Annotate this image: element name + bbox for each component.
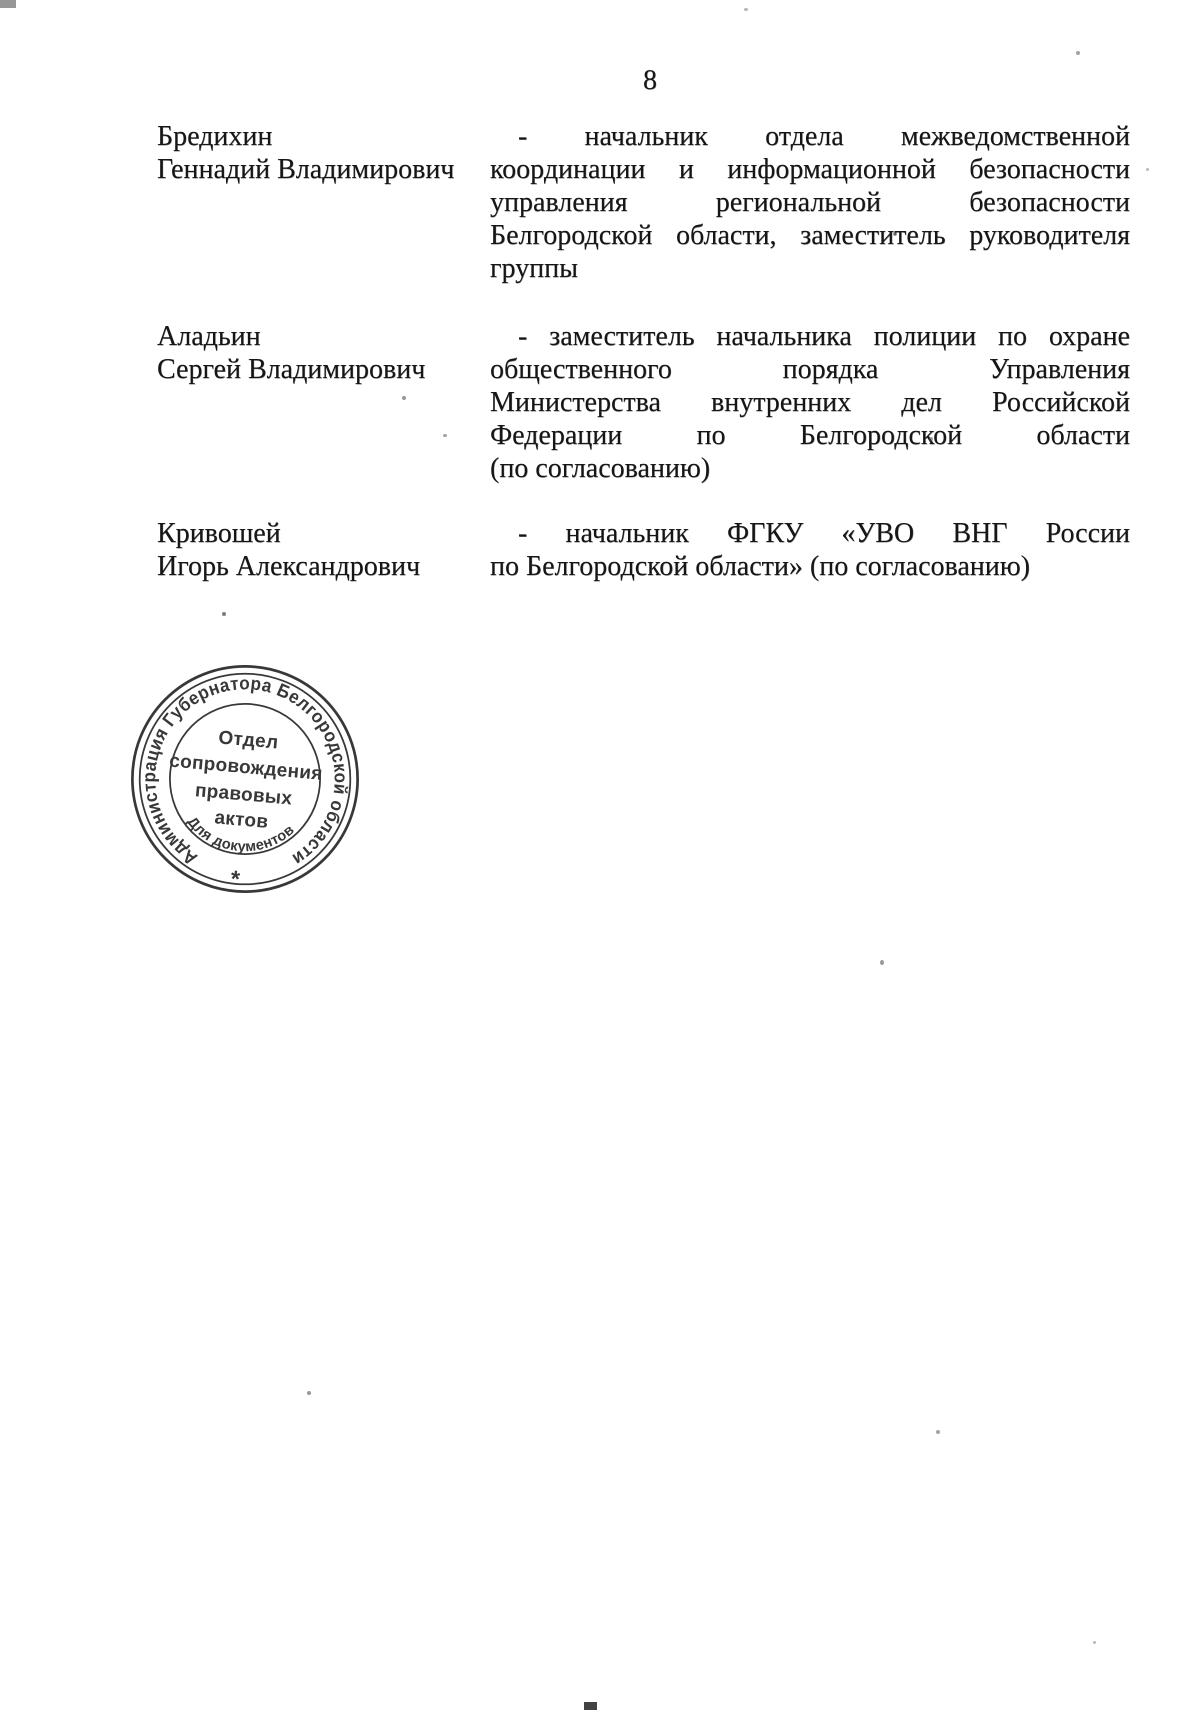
member-name: АладьинСергей Владимирович: [157, 320, 490, 485]
member-entry: АладьинСергей Владимирович-заместительна…: [157, 320, 1130, 485]
member-name-line: Геннадий Владимирович: [157, 153, 490, 186]
role-line: Белгородскойобласти,заместительруководит…: [490, 219, 1130, 252]
role-word: -: [518, 320, 527, 353]
role-word: заместитель: [549, 320, 694, 353]
role-word: управления: [490, 186, 628, 219]
role-line: МинистерствавнутреннихделРоссийской: [490, 386, 1130, 419]
scan-artifact: [1146, 168, 1149, 171]
role-word: Белгородской: [800, 419, 962, 452]
role-word: «УВО: [841, 517, 914, 550]
member-name: КривошейИгорь Александрович: [157, 517, 490, 583]
stamp-outer-ring: [132, 666, 357, 891]
role-word: -: [518, 517, 527, 550]
scan-artifact: [880, 960, 884, 965]
role-word: порядка: [783, 353, 879, 386]
stamp-rings: [132, 666, 357, 891]
scan-artifact: [222, 612, 226, 616]
role-line: -заместительначальникаполициипоохране: [490, 320, 1130, 353]
role-word: -: [518, 120, 527, 153]
role-word: начальник: [585, 120, 708, 153]
scan-artifact: [402, 396, 406, 400]
stamp-star-icon: *: [230, 865, 242, 892]
role-word: безопасности: [969, 186, 1130, 219]
role-line: общественногопорядкаУправления: [490, 353, 1130, 386]
role-word: начальник: [565, 517, 688, 550]
role-line: по Белгородской области» (по согласовани…: [490, 550, 1130, 583]
role-line: координациииинформационнойбезопасности: [490, 153, 1130, 186]
member-role: -заместительначальникаполициипоохранеобщ…: [490, 320, 1130, 485]
role-word: России: [1046, 517, 1130, 550]
role-word: координации: [490, 153, 645, 186]
role-word: области,: [676, 219, 777, 252]
role-word: безопасности: [969, 153, 1130, 186]
role-word: охране: [1049, 320, 1130, 353]
role-line: -начальникФГКУ«УВОВНГРоссии: [490, 517, 1130, 550]
role-word: Федерации: [490, 419, 622, 452]
role-word: общественного: [490, 353, 672, 386]
scan-artifact: [1076, 51, 1080, 55]
stamp-center-line-3: правовых: [194, 780, 293, 809]
scan-artifact: [929, 437, 933, 441]
role-word: по: [998, 320, 1027, 353]
scan-artifact: [443, 434, 447, 437]
member-role: -начальникФГКУ«УВОВНГРоссиипо Белгородск…: [490, 517, 1130, 583]
role-word: по: [697, 419, 726, 452]
role-word: руководителя: [969, 219, 1130, 252]
role-word: области: [1036, 419, 1130, 452]
member-name: БредихинГеннадий Владимирович: [157, 120, 490, 285]
role-word: Министерства: [490, 386, 661, 419]
member-name-line: Бредихин: [157, 120, 490, 153]
role-word: межведомственной: [901, 120, 1130, 153]
scan-artifact: [744, 8, 748, 11]
scan-artifact: [1093, 1641, 1096, 1644]
role-line: группы: [490, 252, 1130, 285]
role-line: управлениярегиональнойбезопасности: [490, 186, 1130, 219]
member-entry: БредихинГеннадий Владимирович-начальнико…: [157, 120, 1130, 285]
role-word: и: [679, 153, 694, 186]
role-line: ФедерациипоБелгородскойобласти: [490, 419, 1130, 452]
stamp-center-line-4: актов: [214, 807, 270, 833]
role-line: -начальникотделамежведомственной: [490, 120, 1130, 153]
role-word: региональной: [716, 186, 881, 219]
scan-artifact: [936, 1430, 940, 1434]
role-word: начальника: [716, 320, 851, 353]
scan-artifact: [0, 0, 16, 8]
stamp-center-line-2: сопровождения: [168, 751, 323, 785]
page-number: 8: [643, 64, 657, 97]
role-word: ФГКУ: [727, 517, 803, 550]
role-word: дел: [901, 386, 942, 419]
role-word: Белгородской: [490, 219, 652, 252]
official-stamp: Администрация Губернатора Белгородской о…: [128, 662, 362, 896]
member-entry: КривошейИгорь Александрович-начальникФГК…: [157, 517, 1130, 583]
scan-artifact: [893, 232, 897, 236]
role-word: Управления: [989, 353, 1130, 386]
role-line: (по согласованию): [490, 452, 1130, 485]
role-word: отдела: [765, 120, 844, 153]
member-name-line: Игорь Александрович: [157, 550, 490, 583]
role-word: полиции: [874, 320, 977, 353]
entries-list: БредихинГеннадий Владимирович-начальнико…: [157, 120, 1130, 618]
role-word: внутренних: [711, 386, 851, 419]
member-name-line: Кривошей: [157, 517, 490, 550]
member-name-line: Сергей Владимирович: [157, 353, 490, 386]
scan-artifact: [307, 1391, 311, 1395]
role-word: Российской: [992, 386, 1130, 419]
member-role: -начальникотделамежведомственнойкоордина…: [490, 120, 1130, 285]
role-word: заместитель: [800, 219, 945, 252]
stamp-center-line-1: Отдел: [218, 727, 280, 753]
role-word: ВНГ: [952, 517, 1007, 550]
member-name-line: Аладьин: [157, 320, 490, 353]
scan-artifact: [584, 1702, 597, 1710]
role-word: информационной: [727, 153, 936, 186]
